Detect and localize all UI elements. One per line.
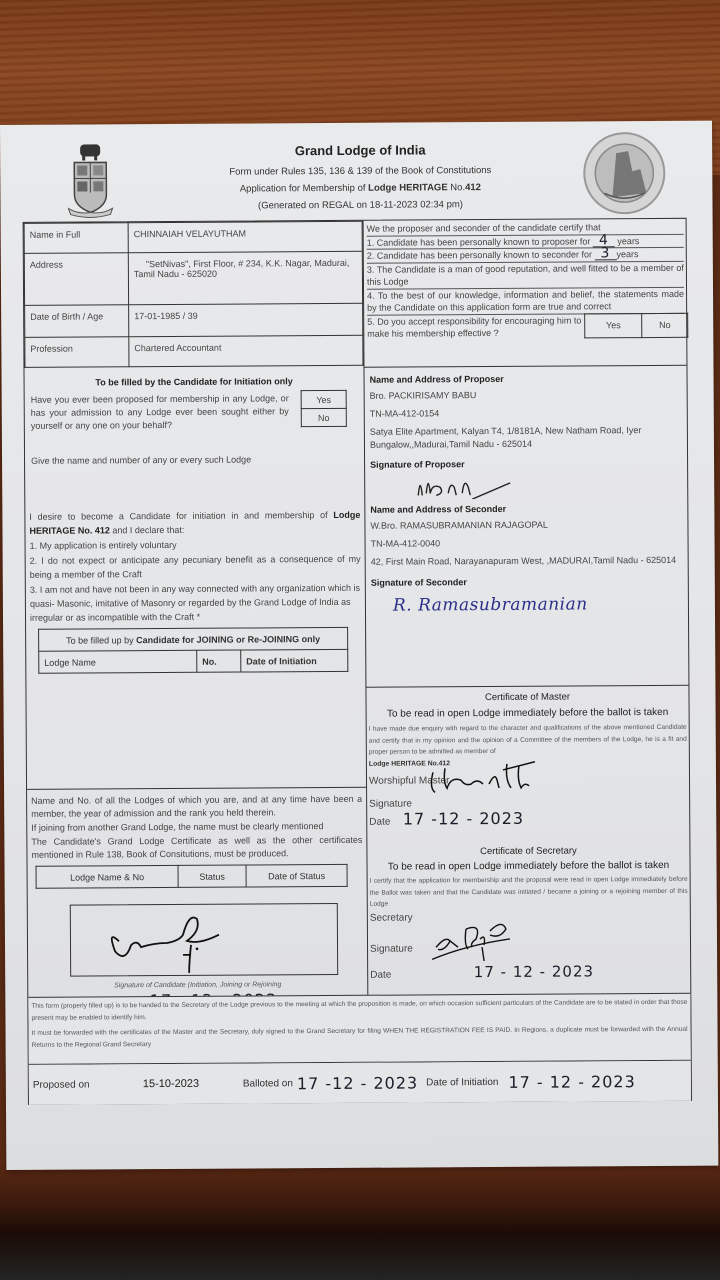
joining-col-date: Date of Initiation	[241, 649, 348, 672]
seconder-id: TN-MA-412-0040	[371, 536, 684, 551]
proposed-on-label: Proposed on	[33, 1079, 143, 1091]
master-signature[interactable]	[427, 757, 547, 794]
balloted-on-label: Balloted on	[243, 1078, 293, 1089]
proposer-name: Bro. PACKIRISAMY BABU	[370, 388, 683, 403]
secretary-signature-label: Signature	[370, 943, 413, 954]
certify-item-2: 2. Candidate has been personally known t…	[367, 247, 684, 262]
dob-value[interactable]: 17-01-1985 / 39	[129, 303, 363, 336]
proposer-heading: Name and Address of Proposer	[370, 373, 683, 385]
master-date-value[interactable]: 17 -12 - 2023	[403, 808, 524, 828]
joining-table-title: To be filled up by Candidate for JOINING…	[39, 627, 348, 651]
form-title: Grand Lodge of India	[170, 142, 550, 159]
status-col-lodge: Lodge Name & No	[36, 865, 178, 888]
joining-col-lodge-name: Lodge Name	[39, 650, 197, 673]
table-row: Date of Birth / Age 17-01-1985 / 39	[25, 303, 363, 337]
table-row: Name in Full CHINNAIAH VELAYUTHAM	[24, 221, 362, 253]
right-column: We the proposer and seconder of the cand…	[364, 219, 691, 1102]
name-value[interactable]: CHINNAIAH VELAYUTHAM	[128, 221, 362, 252]
balloted-on-value[interactable]: 17 -12 - 2023	[297, 1073, 418, 1093]
proposer-seconder-section: Name and Address of Proposer Bro. PACKIR…	[364, 365, 688, 687]
certify-item-4: 4. To the best of our knowledge, informa…	[367, 286, 684, 314]
candidate-signature-caption: Signature of Candidate (Initiation, Join…	[28, 981, 367, 990]
table-row: Address "SetNivas", First Floor, # 234, …	[24, 251, 362, 305]
master-cert-text: I have made due enquiry with regard to t…	[369, 722, 687, 758]
seconder-address: 42, First Main Road, Narayanapuram West,…	[371, 554, 684, 569]
candidate-signature-box[interactable]	[70, 903, 338, 977]
status-table: Lodge Name & No Status Date of Status	[36, 864, 348, 889]
table-edge-background	[0, 1165, 720, 1280]
seconder-name: W.Bro. RAMASUBRAMANIAN RAJAGOPAL	[370, 518, 683, 533]
dob-label: Date of Birth / Age	[25, 305, 129, 338]
encourage-yes-no: Yes No	[584, 312, 688, 338]
other-grand-lodge-text: If joining from another Grand Lodge, the…	[31, 820, 362, 835]
joining-col-no: No.	[197, 650, 241, 672]
master-date-row: Date 17 -12 - 2023	[369, 807, 687, 829]
encourage-no[interactable]: No	[642, 313, 688, 337]
form-header: Grand Lodge of India Form under Rules 13…	[170, 142, 550, 215]
years-known-seconder[interactable]: 3	[594, 248, 616, 260]
lodges-history-text: Name and No. of all the Lodges of which …	[31, 793, 362, 821]
proposed-on-value[interactable]: 15-10-2023	[143, 1078, 239, 1091]
encourage-yes[interactable]: Yes	[585, 313, 642, 337]
initiation-title: To be filled by the Candidate for Initia…	[25, 376, 364, 388]
date-of-initiation-value[interactable]: 17 - 12 - 2023	[508, 1072, 635, 1092]
secretary-cert-title: Certificate of Secretary	[369, 845, 687, 858]
declaration-item-2: 2. I do not expect or anticipate any pec…	[30, 552, 361, 582]
footer-notes: This form (properly filled up) is to be …	[28, 993, 690, 1065]
certify-item-5: 5. Do you accept responsibility for enco…	[367, 314, 582, 340]
proposed-before-yes[interactable]: Yes	[301, 390, 346, 408]
dates-bar: Proposed on 15-10-2023 Balloted on 17 -1…	[29, 1061, 691, 1105]
give-lodge-name-prompt: Give the name and number of any or every…	[31, 453, 358, 468]
proposed-before-no[interactable]: No	[301, 408, 346, 426]
table-row: Profession Chartered Accountant	[25, 335, 363, 367]
form-generated-line: (Generated on REGAL on 18-11-2023 02:34 …	[170, 196, 550, 215]
certify-item-3: 3. The Candidate is a man of good reputa…	[367, 260, 684, 288]
regional-grand-lodge-seal-icon	[582, 131, 667, 216]
date-of-initiation-label: Date of Initiation	[426, 1076, 498, 1087]
certify-section: We the proposer and seconder of the cand…	[364, 219, 687, 367]
secretary-date-value[interactable]: 17 - 12 - 2023	[474, 962, 594, 981]
master-certificate-section: Certificate of Master To be read in open…	[366, 685, 689, 847]
candidate-details-table: Name in Full CHINNAIAH VELAYUTHAM Addres…	[24, 221, 364, 368]
status-col-date: Date of Status	[246, 864, 347, 887]
grand-lodge-crest-icon	[66, 142, 114, 220]
profession-value[interactable]: Chartered Accountant	[129, 335, 363, 366]
proposer-address: Satya Elite Apartment, Kalyan T4, 1/8181…	[370, 424, 683, 452]
proposed-before-question: Have you ever been proposed for membersh…	[31, 392, 289, 433]
address-label: Address	[24, 253, 128, 306]
declaration-intro: I desire to become a Candidate for initi…	[29, 508, 360, 538]
declaration-item-3: 3. I am not and have not been in any way…	[30, 581, 361, 625]
footer-note-1: This form (properly filled up) is to be …	[31, 997, 687, 1024]
application-form-paper: Grand Lodge of India Form under Rules 13…	[0, 121, 718, 1170]
address-value[interactable]: "SetNivas", First Floor, # 234, K.K. Nag…	[128, 251, 362, 304]
master-date-label: Date	[369, 816, 390, 827]
certify-item-5-row: 5. Do you accept responsibility for enco…	[367, 312, 684, 340]
seconder-heading: Name and Address of Seconder	[370, 503, 683, 515]
left-column: Name in Full CHINNAIAH VELAYUTHAM Addres…	[24, 221, 369, 1104]
declaration-item-1: 1. My application is entirely voluntary	[30, 537, 361, 553]
master-cert-subtitle: To be read in open Lodge immediately bef…	[369, 707, 687, 720]
secretary-certificate-section: Certificate of Secretary To be read in o…	[367, 845, 690, 995]
certify-item-1: 1. Candidate has been personally known t…	[367, 233, 684, 248]
candidate-signature	[71, 904, 339, 978]
form-grid: Name in Full CHINNAIAH VELAYUTHAM Addres…	[23, 218, 692, 1105]
secretary-cert-subtitle: To be read in open Lodge immediately bef…	[370, 860, 688, 873]
name-label: Name in Full	[24, 223, 128, 254]
seconder-signature-label: Signature of Seconder	[371, 576, 684, 588]
secretary-cert-text: I certify that the application for membe…	[370, 874, 688, 910]
secretary-date-label: Date	[370, 969, 391, 980]
joining-table: To be filled up by Candidate for JOINING…	[38, 627, 348, 674]
seconder-signature[interactable]: R. Ramasubramanian	[393, 594, 684, 616]
proposed-before-yes-no: Yes No	[301, 390, 347, 427]
footer-note-2: It must be forwarded with the certificat…	[32, 1024, 688, 1051]
certificates-text: The Candidate's Grand Lodge Certificate …	[31, 834, 362, 862]
status-col-status: Status	[178, 865, 246, 887]
master-cert-title: Certificate of Master	[368, 691, 686, 704]
proposer-signature[interactable]	[410, 469, 530, 500]
profession-label: Profession	[25, 337, 129, 368]
secretary-date-row: Date 17 - 12 - 2023	[370, 961, 688, 982]
secretary-signature[interactable]	[426, 916, 536, 961]
proposer-id: TN-MA-412-0154	[370, 406, 683, 421]
